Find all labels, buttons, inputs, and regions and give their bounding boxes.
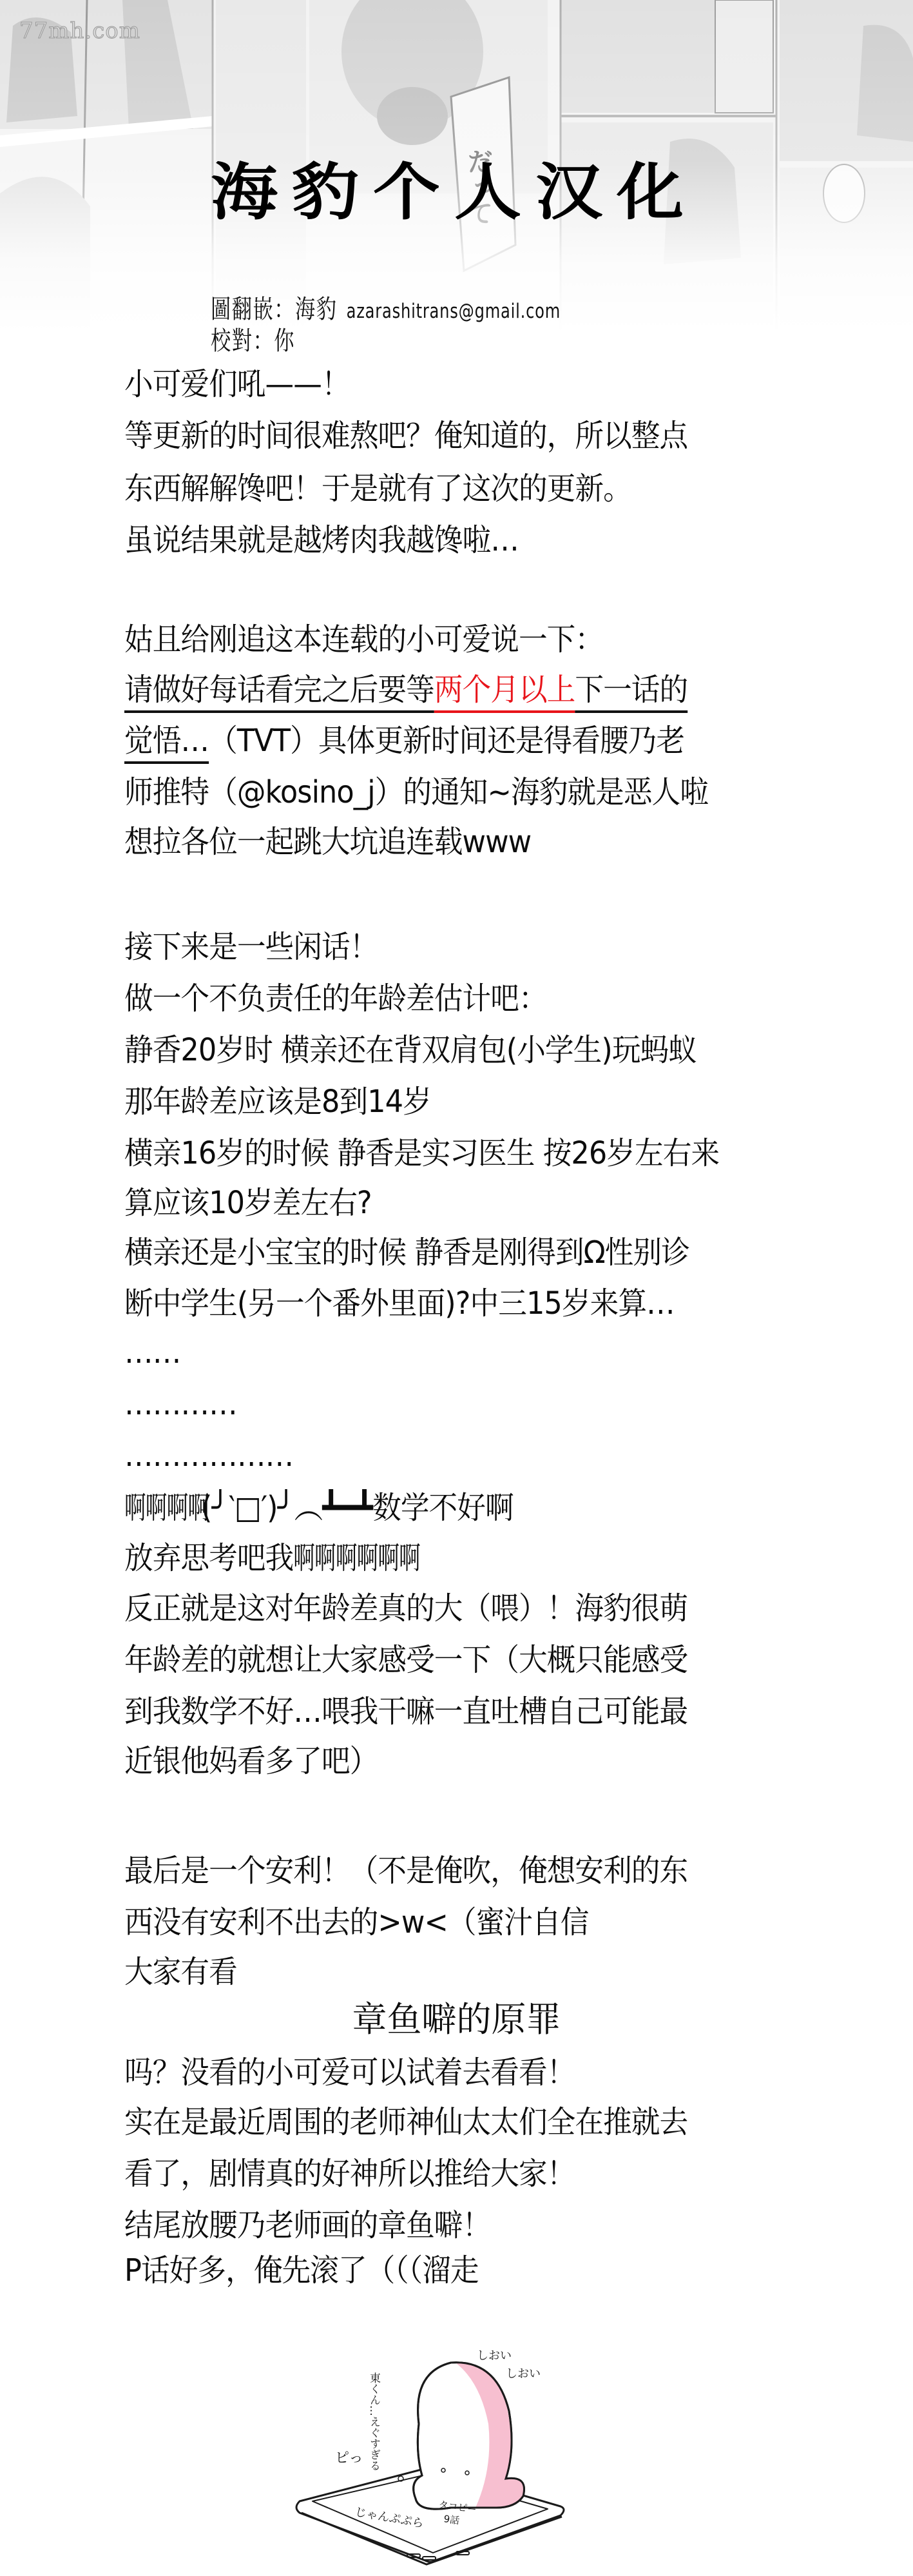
text-line: 最后是一个安利！（不是俺吹，俺想安利的东: [124, 1853, 687, 1889]
proofreader-label: 校對：: [211, 326, 274, 356]
text-line: 做一个不负责任的年龄差估计吧：: [124, 981, 547, 1017]
text-line: 近银他妈看多了吧）: [124, 1743, 378, 1779]
translator-name: 海豹: [295, 295, 338, 324]
group-title: 海豹个人汉化: [187, 157, 722, 228]
text-line: 断中学生(另一个番外里面)?中三15岁来算…: [124, 1285, 675, 1322]
condensed-text: 啊啊啊啊啊啊: [293, 1540, 420, 1576]
octopus-character-icon: [398, 2363, 524, 2509]
text-line: 结尾放腰乃老师画的章鱼噼！: [124, 2207, 490, 2243]
text-line-underlined: 请做好每话看完之后要等两个月以上下一话的: [124, 672, 687, 708]
text-line: 大家有看: [124, 1954, 237, 1990]
highlight-red-text: 两个月以上: [434, 672, 575, 713]
underlined-text: 请做好每话看完之后要等: [124, 672, 434, 713]
text-span: 数学不好啊: [372, 1490, 514, 1526]
text-line: 横亲16岁的时候 静香是实习医生 按26岁左右来: [124, 1135, 719, 1171]
text-line: 看了，剧情真的好神所以推给大家！: [124, 2156, 575, 2192]
text-line: 接下来是一些闲话！: [124, 929, 378, 965]
text-line: P话好多，俺先滚了（（（溜走: [124, 2252, 479, 2288]
text-span: （TVT）具体更新时间还是得看腰乃老: [209, 723, 684, 759]
text-line: 横亲还是小宝宝的时候 静香是刚得到Ω性别诊: [124, 1234, 689, 1271]
text-span: 放弃思考吧我: [124, 1540, 293, 1576]
octopus-tablet-illustration: しおい しおい 東くん…えぐすぎる ピっ じゃんぷぷら タコピー 9話: [284, 2347, 593, 2572]
underlined-text: 觉悟…: [124, 723, 209, 764]
text-line: 到我数学不好…喂我干嘛一直吐槽自己可能最: [124, 1693, 687, 1730]
proofreader-name: 你: [274, 326, 295, 356]
text-line: 觉悟…（TVT）具体更新时间还是得看腰乃老: [124, 723, 684, 759]
kaomoji: (╯‵□′)╯︵┻━┻: [201, 1490, 372, 1526]
header-banner: だって 77mh.com 海豹个人汉化 圖翻嵌：海豹azarashitrans@…: [0, 0, 913, 361]
text-line: 西没有安利不出去的>w<（蜜汁自信: [124, 1904, 588, 1940]
text-line: 算应该10岁差左右?: [124, 1185, 372, 1221]
contact-email: azarashitrans@gmail.com: [347, 300, 561, 323]
text-line: 啊啊啊啊(╯‵□′)╯︵┻━┻数学不好啊: [124, 1490, 514, 1526]
sfx-text: 東くん…えぐすぎる: [367, 2372, 381, 2471]
text-line: 放弃思考吧我啊啊啊啊啊啊: [124, 1540, 427, 1576]
ellipsis-line: ………………: [124, 1438, 293, 1474]
condensed-text: 啊啊啊啊: [124, 1490, 209, 1526]
underlined-text: 下一话的: [575, 672, 687, 713]
text-line: 吗？没看的小可爱可以试着去看看！: [124, 2054, 575, 2091]
ellipsis-line: …………: [124, 1386, 237, 1422]
recommended-manga-title: 章鱼噼的原罪: [0, 1992, 913, 2042]
text-line: 那年龄差应该是8到14岁: [124, 1084, 431, 1120]
text-line: 东西解解馋吧！于是就有了这次的更新。: [124, 471, 631, 507]
tablet-screen-text: 9話: [443, 2513, 460, 2526]
text-line: 等更新的时间很难熬吧？俺知道的，所以整点: [124, 418, 687, 454]
text-line: 姑且给刚追这本连载的小可爱说一下：: [124, 621, 603, 658]
sfx-text: しおい: [506, 2367, 541, 2381]
sfx-text: しおい: [477, 2349, 512, 2363]
watermark: 77mh.com: [19, 18, 140, 44]
ellipsis-line: ……: [124, 1334, 180, 1371]
text-line: 反正就是这对年龄差真的大（喂）！海豹很萌: [124, 1590, 687, 1626]
text-line: 实在是最近周围的老师神仙太太们全在推就去: [124, 2104, 687, 2140]
text-line: 想拉各位一起跳大坑追连载www: [124, 824, 531, 860]
text-line: 小可爱们吼——！: [124, 366, 350, 402]
text-line: 年龄差的就想让大家感受一下（大概只能感受: [124, 1642, 687, 1678]
sfx-text: ピっ: [335, 2450, 363, 2466]
credit-proofreader: 校對：你: [211, 320, 295, 357]
text-line: 师推特（@kosino_j）的通知~海豹就是恶人啦: [124, 774, 708, 810]
text-line: 静香20岁时 横亲还在背双肩包(小学生)玩蚂蚁: [124, 1032, 697, 1068]
text-line: 虽说结果就是越烤肉我越馋啦…: [124, 522, 519, 558]
